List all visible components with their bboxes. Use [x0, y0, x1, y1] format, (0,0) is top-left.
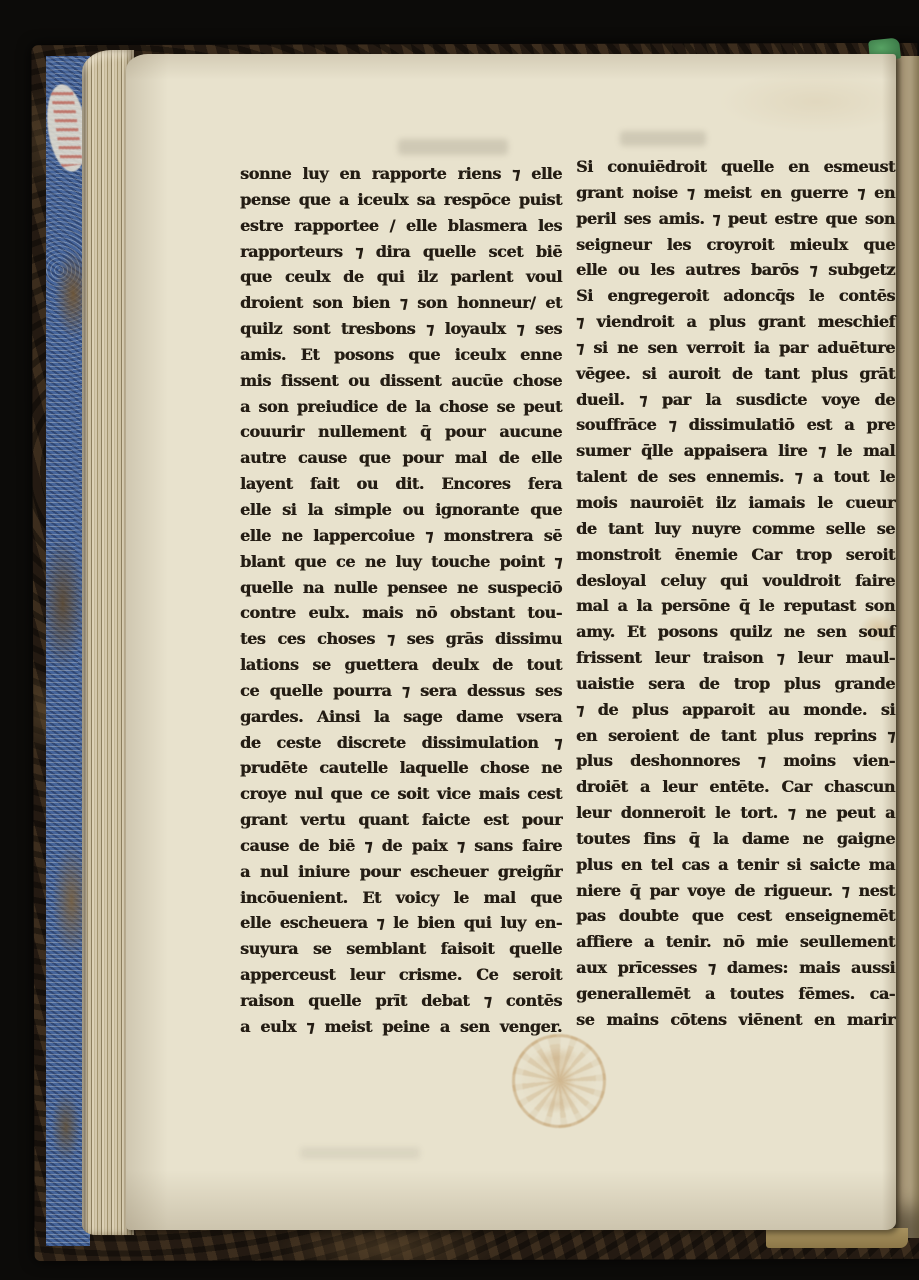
text-line: de ceste discrete dissimulation ⁊: [240, 730, 562, 756]
text-line: prudēte cautelle laquelle chose ne: [240, 755, 562, 781]
text-line: amis. Et posons que iceulx enne: [240, 342, 562, 368]
text-line: a eulx ⁊ meist peine a sen venger.: [240, 1014, 562, 1040]
text-line: elle ne lappercoiue ⁊ monstrera sē: [240, 523, 562, 549]
text-line: generallemēt a toutes fēmes. ca-: [576, 981, 895, 1007]
text-line: ⁊ de plus apparoit au monde. si: [576, 697, 895, 723]
text-line: cause de biē ⁊ de paix ⁊ sans faire: [240, 833, 562, 859]
text-line: ⁊ si ne sen verroit ia par aduēture: [576, 335, 895, 361]
text-line: dueil. ⁊ par la susdicte voye de: [576, 387, 895, 413]
text-line: amy. Et posons quilz ne sen souf: [576, 619, 895, 645]
text-line: de tant luy nuyre comme selle se: [576, 516, 895, 542]
text-line: a nul iniure pour escheuer greigñr: [240, 859, 562, 885]
text-line: pas doubte que cest enseignemēt: [576, 903, 895, 929]
text-block-bottom-edge: [766, 1228, 908, 1248]
text-line: droiēt a leur entēte. Car chascun: [576, 774, 895, 800]
text-line: contre eulx. mais nō obstant tou-: [240, 600, 562, 626]
text-line: a son preiudice de la chose se peut: [240, 394, 562, 420]
text-line: vēgee. si auroit de tant plus grāt: [576, 361, 895, 387]
text-line: peril ses amis. ⁊ peut estre que son: [576, 206, 895, 232]
text-line: Si engregeroit adoncq̄s le contēs: [576, 283, 895, 309]
text-line: mois nauroiēt ilz iamais le cueur: [576, 490, 895, 516]
ink-showthrough: [620, 131, 706, 146]
text-line: affiere a tenir. nō mie seullement: [576, 929, 895, 955]
text-line: souffrāce ⁊ dissimulatiō est a pre: [576, 412, 895, 438]
text-line: ce quelle pourra ⁊ sera dessus ses: [240, 678, 562, 704]
text-line: droient son bien ⁊ son honneur/ et: [240, 290, 562, 316]
text-line: plus deshonnores ⁊ moins vien-: [576, 748, 895, 774]
gutter-shadow: [893, 56, 919, 1238]
text-line: elle si la simple ou ignorante que: [240, 497, 562, 523]
text-line: rapporteurs ⁊ dira quelle scet biē: [240, 239, 562, 265]
text-line: blant que ce ne luy touche point ⁊: [240, 549, 562, 575]
text-line: grant vertu quant faicte est pour: [240, 807, 562, 833]
text-line: aux prīcesses ⁊ dames: mais aussi: [576, 955, 895, 981]
text-line: incōuenient. Et voicy le mal que: [240, 885, 562, 911]
text-line: Si conuiēdroit quelle en esmeust: [576, 154, 895, 180]
text-line: ⁊ viendroit a plus grant meschief: [576, 309, 895, 335]
text-line: talent de ses ennemis. ⁊ a tout le: [576, 464, 895, 490]
text-line: frissent leur traison ⁊ leur maul-: [576, 645, 895, 671]
text-line: layent fait ou dit. Encores fera: [240, 471, 562, 497]
photograph-backdrop: sonne luy en rapporte riens ⁊ ellepense …: [0, 0, 919, 1280]
text-line: suyura se semblant faisoit quelle: [240, 936, 562, 962]
text-column-right: Si conuiēdroit quelle en esmeustgrant no…: [576, 154, 895, 1033]
text-line: niere q̄ par voye de rigueur. ⁊ nest: [576, 878, 895, 904]
text-line: raison quelle prīt debat ⁊ contēs: [240, 988, 562, 1014]
text-line: gardes. Ainsi la sage dame vsera: [240, 704, 562, 730]
text-line: monstroit ēnemie Car trop seroit: [576, 542, 895, 568]
text-line: pense que a iceulx sa respōce puist: [240, 187, 562, 213]
text-line: uaistie sera de trop plus grande: [576, 671, 895, 697]
text-line: seigneur les croyroit mieulx que: [576, 232, 895, 258]
text-line: elle ou les autres barōs ⁊ subgetz: [576, 257, 895, 283]
text-line: leur donneroit le tort. ⁊ ne peut a: [576, 800, 895, 826]
text-line: toutes fins q̄ la dame ne gaigne: [576, 826, 895, 852]
text-line: lations se guettera deulx de tout: [240, 652, 562, 678]
text-line: mis fissent ou dissent aucūe chose: [240, 368, 562, 394]
text-line: elle escheuera ⁊ le bien qui luy en-: [240, 910, 562, 936]
text-line: plus en tel cas a tenir si saicte ma: [576, 852, 895, 878]
text-line: croye nul que ce soit vice mais cest: [240, 781, 562, 807]
text-line: estre rapportee / elle blasmera les: [240, 213, 562, 239]
text-line: grant noise ⁊ meist en guerre ⁊ en: [576, 180, 895, 206]
text-line: apperceust leur crisme. Ce seroit: [240, 962, 562, 988]
ink-showthrough: [398, 139, 508, 155]
text-line: en seroient de tant plus reprins ⁊: [576, 723, 895, 749]
text-line: quilz sont tresbons ⁊ loyaulx ⁊ ses: [240, 316, 562, 342]
text-line: sonne luy en rapporte riens ⁊ elle: [240, 161, 562, 187]
text-line: mal a la persōne q̄ le reputast son: [576, 593, 895, 619]
text-line: tes ces choses ⁊ ses grās dissimu: [240, 626, 562, 652]
ink-showthrough: [300, 1147, 420, 1159]
text-line: se mains cōtens viēnent en marir: [576, 1007, 895, 1033]
text-line: sumer q̄lle appaisera lire ⁊ le mal: [576, 438, 895, 464]
text-line: quelle na nulle pensee ne suspeciō: [240, 575, 562, 601]
text-line: que ceulx de qui ilz parlent voul: [240, 264, 562, 290]
text-line: autre cause que pour mal de elle: [240, 445, 562, 471]
text-line: couurir nullement q̄ pour aucune: [240, 419, 562, 445]
text-line: desloyal celuy qui vouldroit faire: [576, 568, 895, 594]
text-column-left: sonne luy en rapporte riens ⁊ ellepense …: [240, 161, 562, 1040]
